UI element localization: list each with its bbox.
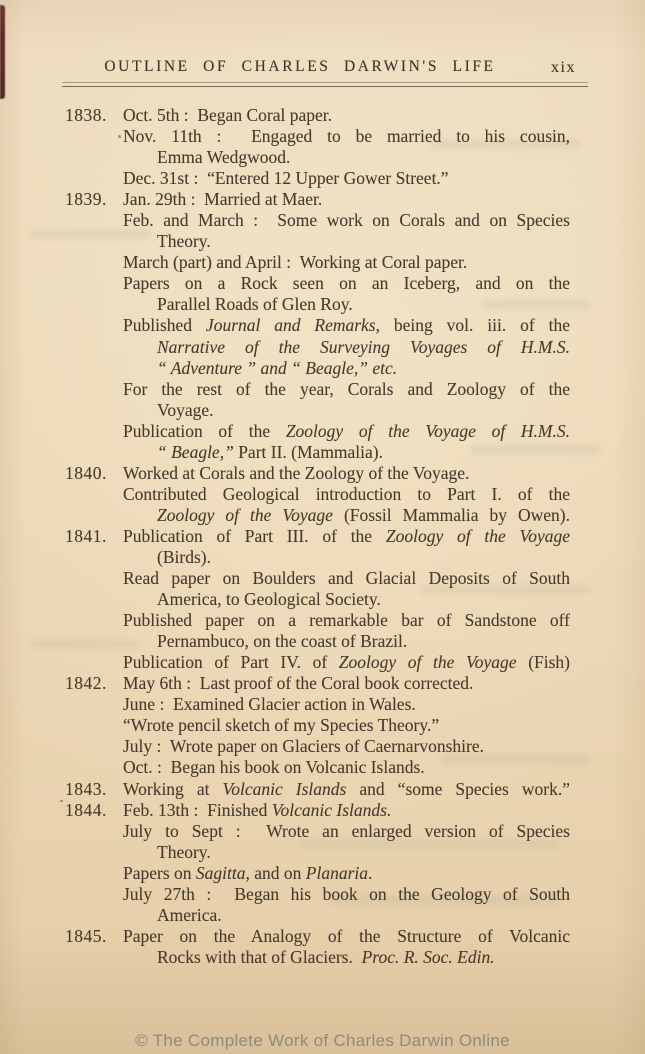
outline-line: 1840.Worked at Corals and the Zoology of… (123, 463, 570, 484)
event-text: Paper on the Analogy of the Structure of… (123, 926, 570, 946)
event-text: Narrative of the Surveying Voyages of H.… (157, 337, 570, 357)
event-text: Published paper on a remarkable bar of S… (123, 610, 570, 630)
year-label: 1845. (65, 926, 107, 947)
event-text: Nov. 11th : Engaged to be married to his… (123, 126, 570, 146)
event-text: June : Examined Glacier action in Wales. (123, 694, 416, 714)
outline-line: Published Journal and Remarks, being vol… (123, 315, 570, 336)
outline-line: June : Examined Glacier action in Wales. (123, 694, 570, 715)
event-text: Papers on Sagitta, and on Planaria. (123, 863, 372, 883)
outline-line: 1842.May 6th : Last proof of the Coral b… (123, 673, 570, 694)
page-title: OUTLINE OF CHARLES DARWIN'S LIFE (62, 58, 538, 76)
event-text: Publication of Part III. of the Zoology … (123, 526, 570, 546)
outline-line: (Birds). (123, 547, 570, 568)
event-text: Publication of the Zoology of the Voyage… (123, 421, 570, 441)
outline-line: Rocks with that of Glaciers. Proc. R. So… (123, 947, 570, 968)
outline-line: Theory. (123, 842, 570, 863)
watermark-credit: © The Complete Work of Charles Darwin On… (0, 1031, 645, 1051)
outline-line: Voyage. (123, 400, 570, 421)
event-text: Oct. : Began his book on Volcanic Island… (123, 757, 425, 777)
outline-line: America. (123, 905, 570, 926)
event-text: Zoology of the Voyage (Fossil Mammalia b… (157, 505, 570, 525)
event-text: Feb. 13th : Finished Volcanic Islands. (123, 800, 391, 820)
outline-line: March (part) and April : Working at Cora… (123, 252, 570, 273)
chronology-list: 1838.Oct. 5th : Began Coral paper.Nov. 1… (123, 105, 570, 968)
outline-line: 1845.Paper on the Analogy of the Structu… (123, 926, 570, 947)
outline-line: 1841.Publication of Part III. of the Zoo… (123, 526, 570, 547)
event-text: “Wrote pencil sketch of my Species Theor… (123, 715, 439, 735)
event-text: Jan. 29th : Married at Maer. (123, 189, 322, 209)
event-text: July 27th : Began his book on the Geolog… (123, 884, 570, 904)
year-label: 1844. (65, 800, 107, 821)
year-label: 1839. (65, 189, 107, 210)
outline-line: “ Adventure ” and “ Beagle,” etc. (123, 358, 570, 379)
event-text: For the rest of the year, Corals and Zoo… (123, 379, 570, 399)
event-text: Read paper on Boulders and Glacial Depos… (123, 568, 570, 588)
outline-line: Contributed Geological introduction to P… (123, 484, 570, 505)
outline-line: Published paper on a remarkable bar of S… (123, 610, 570, 631)
event-text: July to Sept : Wrote an enlarged version… (123, 821, 570, 841)
outline-line: 1843.Working at Volcanic Islands and “so… (123, 779, 570, 800)
event-text: Voyage. (157, 400, 214, 420)
event-text: Contributed Geological introduction to P… (123, 484, 570, 504)
event-text: Dec. 31st : “Entered 12 Upper Gower Stre… (123, 168, 449, 188)
event-text: Pernambuco, on the coast of Brazil. (157, 631, 407, 651)
outline-line: Publication of the Zoology of the Voyage… (123, 421, 570, 442)
outline-line: 1839.Jan. 29th : Married at Maer. (123, 189, 570, 210)
event-text: May 6th : Last proof of the Coral book c… (123, 673, 473, 693)
event-text: Feb. and March : Some work on Corals and… (123, 210, 570, 230)
page-number: xix (551, 59, 576, 77)
event-text: Oct. 5th : Began Coral paper. (123, 105, 332, 125)
page-header: OUTLINE OF CHARLES DARWIN'S LIFE xix (62, 58, 588, 80)
outline-line: July : Wrote paper on Glaciers of Caerna… (123, 736, 570, 757)
outline-line: Oct. : Began his book on Volcanic Island… (123, 757, 570, 778)
outline-line: July to Sept : Wrote an enlarged version… (123, 821, 570, 842)
event-text: Rocks with that of Glaciers. Proc. R. So… (157, 947, 495, 967)
outline-line: Papers on a Rock seen on an Iceberg, and… (123, 273, 570, 294)
event-text: Theory. (157, 231, 211, 251)
event-text: Publication of Part IV. of Zoology of th… (123, 652, 570, 672)
event-text: Emma Wedgwood. (157, 147, 290, 167)
book-page: OUTLINE OF CHARLES DARWIN'S LIFE xix 183… (0, 0, 645, 1054)
year-label: 1840. (65, 463, 107, 484)
year-label: 1843. (65, 779, 107, 800)
binding-edge-mark (0, 5, 5, 99)
event-text: Papers on a Rock seen on an Iceberg, and… (123, 273, 570, 293)
event-text: America, to Geological Society. (157, 589, 381, 609)
event-text: “ Adventure ” and “ Beagle,” etc. (157, 358, 397, 378)
event-text: Working at Volcanic Islands and “some Sp… (123, 779, 570, 799)
print-speck (118, 135, 121, 138)
outline-line: Pernambuco, on the coast of Brazil. (123, 631, 570, 652)
outline-line: Feb. and March : Some work on Corals and… (123, 210, 570, 231)
event-text: “ Beagle,” Part II. (Mammalia). (157, 442, 383, 462)
event-text: March (part) and April : Working at Cora… (123, 252, 467, 272)
outline-line: 1844.Feb. 13th : Finished Volcanic Islan… (123, 800, 570, 821)
outline-line: 1838.Oct. 5th : Began Coral paper. (123, 105, 570, 126)
outline-line: Emma Wedgwood. (123, 147, 570, 168)
outline-line: Dec. 31st : “Entered 12 Upper Gower Stre… (123, 168, 570, 189)
event-text: Theory. (157, 842, 211, 862)
event-text: Worked at Corals and the Zoology of the … (123, 463, 469, 483)
year-label: 1842. (65, 673, 107, 694)
outline-line: Parallel Roads of Glen Roy. (123, 294, 570, 315)
event-text: (Birds). (157, 547, 211, 567)
outline-line: Papers on Sagitta, and on Planaria. (123, 863, 570, 884)
outline-line: For the rest of the year, Corals and Zoo… (123, 379, 570, 400)
outline-line: Theory. (123, 231, 570, 252)
event-text: July : Wrote paper on Glaciers of Caerna… (123, 736, 484, 756)
outline-line: Read paper on Boulders and Glacial Depos… (123, 568, 570, 589)
outline-line: Zoology of the Voyage (Fossil Mammalia b… (123, 505, 570, 526)
event-text: America. (157, 905, 222, 925)
print-speck (60, 800, 63, 802)
outline-line: Publication of Part IV. of Zoology of th… (123, 652, 570, 673)
event-text: Published Journal and Remarks, being vol… (123, 315, 570, 335)
event-text: Parallel Roads of Glen Roy. (157, 294, 353, 314)
outline-line: July 27th : Began his book on the Geolog… (123, 884, 570, 905)
year-label: 1838. (65, 105, 107, 126)
outline-line: Nov. 11th : Engaged to be married to his… (123, 126, 570, 147)
outline-line: Narrative of the Surveying Voyages of H.… (123, 337, 570, 358)
outline-line: “Wrote pencil sketch of my Species Theor… (123, 715, 570, 736)
outline-line: America, to Geological Society. (123, 589, 570, 610)
header-rule (62, 82, 588, 87)
year-label: 1841. (65, 526, 107, 547)
outline-line: “ Beagle,” Part II. (Mammalia). (123, 442, 570, 463)
